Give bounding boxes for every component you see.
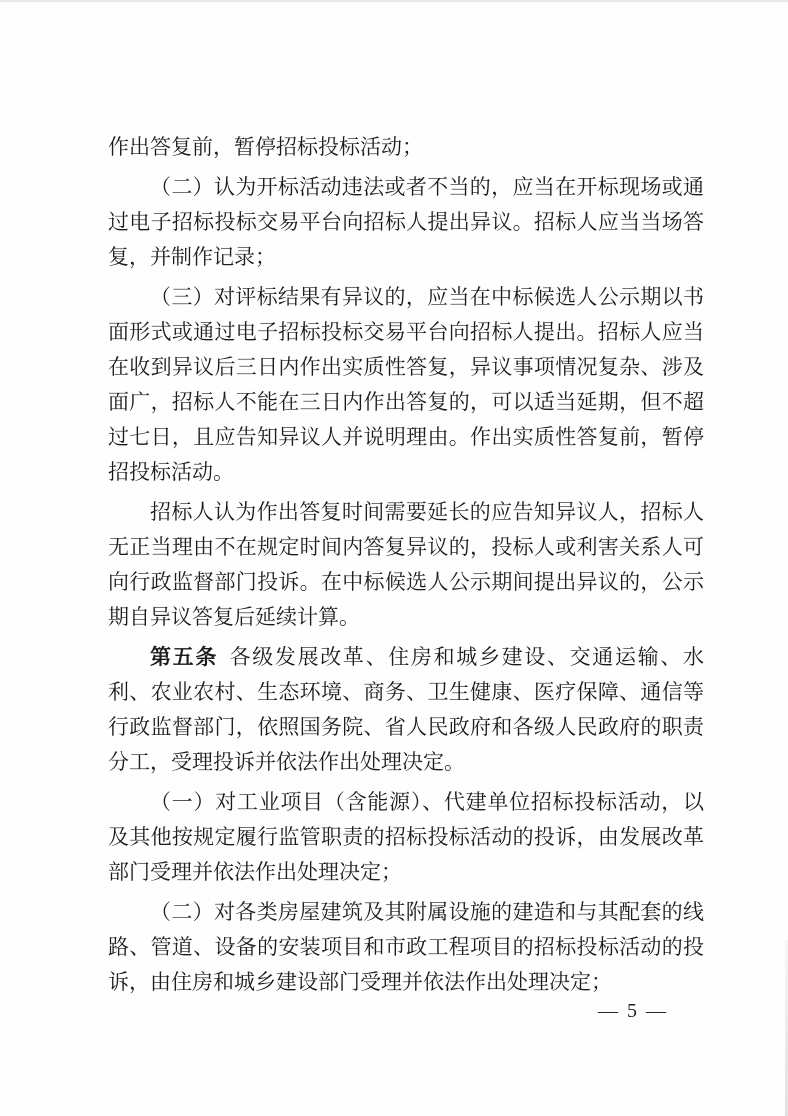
paragraph-item-1-development-reform: （一）对工业项目（含能源）、代建单位招标投标活动，以及其他按规定履行监管职责的招… [108,785,704,890]
paragraph-clause-3-evaluation: （三）对评标结果有异议的，应当在中标候选人公示期以书面形式或通过电子招标投标交易… [108,280,704,490]
article-number-label: 第五条 [150,645,218,669]
page-number: — 5 — [0,1000,668,1023]
scan-artifact-top-edge [0,0,788,2]
paragraph-continuation: 作出答复前，暂停招标投标活动； [108,130,704,165]
paragraph-reply-extension: 招标人认为作出答复时间需要延长的应告知异议人，招标人无正当理由不在规定时间内答复… [108,495,704,635]
paragraph-clause-2-opening: （二）认为开标活动违法或者不当的，应当在开标现场或通过电子招标投标交易平台向招标… [108,170,704,275]
paragraph-article-5: 第五条各级发展改革、住房和城乡建设、交通运输、水利、农业农村、生态环境、商务、卫… [108,640,704,780]
paragraph-item-2-housing-construction: （二）对各类房屋建筑及其附属设施的建造和与其配套的线路、管道、设备的安装项目和市… [108,895,704,1000]
document-page: 作出答复前，暂停招标投标活动； （二）认为开标活动违法或者不当的，应当在开标现场… [0,0,788,1116]
document-body: 作出答复前，暂停招标投标活动； （二）认为开标活动违法或者不当的，应当在开标现场… [108,130,704,1005]
